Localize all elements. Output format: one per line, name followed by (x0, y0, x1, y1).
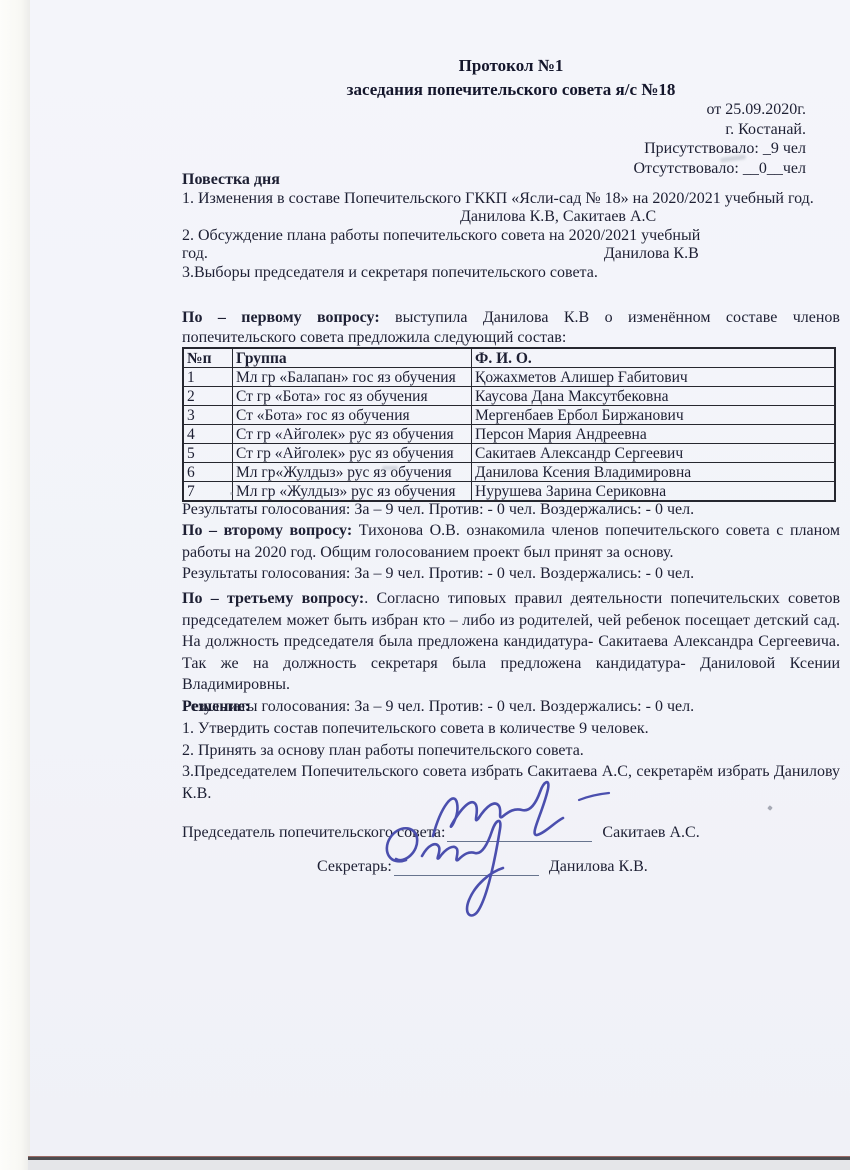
cell-num: 4 (183, 425, 233, 444)
cell-fio: Сакитаев Александр Сергеевич (472, 444, 836, 463)
agenda-heading: Повестка дня (182, 171, 840, 190)
scanner-background-bottom (28, 1160, 850, 1170)
table-header-row: №п Группа Ф. И. О. (183, 348, 835, 368)
decision-item-1: 1. Утвердить состав попечительского сове… (182, 718, 840, 740)
question-3-paragraph: По – третьему вопросу:. Согласно типовых… (182, 588, 840, 696)
cell-fio: Мергенбаев Ербол Биржанович (472, 406, 836, 425)
scan-speck (767, 805, 773, 811)
table-row: 2 Ст гр «Бота» гос яз обучения Каусова Д… (183, 387, 835, 406)
cell-num: 5 (183, 444, 233, 463)
agenda-item-1: 1. Изменения в составе Попечительского Г… (182, 190, 840, 209)
secretary-signature-row: Секретарь: Данилова К.В. (182, 854, 840, 876)
scanned-page: Протокол №1 заседания попечительского со… (30, 0, 850, 1158)
cell-group: Ст гр «Айголек» рус яз обучения (233, 444, 472, 463)
table-row: 6 Мл гр«Жулдыз» рус яз обучения Данилова… (183, 463, 835, 482)
cell-fio: Персон Мария Андреевна (472, 425, 836, 444)
decision-item-2: 2. Принять за основу план работы попечит… (182, 740, 840, 762)
cell-num: 2 (183, 387, 233, 406)
question-2-section: Результаты голосования: За – 9 чел. Прот… (182, 499, 840, 585)
cell-fio: Каусова Дана Максутбековна (472, 387, 836, 406)
meta-date: от 25.09.2020г. (633, 100, 806, 120)
meta-city: г. Костанай. (633, 120, 806, 140)
table-row: 5 Ст гр «Айголек» рус яз обучения Сакита… (183, 444, 835, 463)
vote-results-2: Результаты голосования: За – 9 чел. Прот… (182, 563, 840, 584)
agenda-section: Повестка дня 1. Изменения в составе Попе… (182, 171, 840, 283)
cell-num: 1 (183, 368, 233, 387)
agenda-item-2-line2: год. Данилова К.В (182, 245, 840, 264)
agenda-item-2-tail: год. (182, 245, 208, 264)
agenda-item-1-speakers: Данилова К.В, Сакитаев А.С (460, 208, 840, 227)
cell-num: 6 (183, 463, 233, 482)
question-2-lead: По – второму вопросу: (182, 522, 352, 539)
question-1-paragraph: По – первому вопросу: выступила Данилова… (182, 308, 840, 348)
cell-num: 3 (183, 406, 233, 425)
agenda-item-2-speaker: Данилова К.В (604, 245, 699, 264)
cell-group: Ст гр «Бота» гос яз обучения (233, 387, 472, 406)
question-1-lead: По – первому вопросу: (182, 309, 380, 326)
cell-group: Мл гр«Жулдыз» рус яз обучения (233, 463, 472, 482)
cell-fio: Қожахметов Алишер Ғабитович (472, 368, 836, 387)
cell-fio: Данилова Ксения Владимировна (472, 463, 836, 482)
secretary-signature-line (394, 860, 539, 876)
document-title: Протокол №1 заседания попечительского со… (182, 54, 840, 101)
agenda-item-3: 3.Выборы председателя и секретаря попечи… (182, 264, 840, 283)
meta-present-count: Присутствовало: _9 чел (633, 139, 806, 159)
vote-results-1: Результаты голосования: За – 9 чел. Прот… (182, 499, 840, 520)
question-2-paragraph: По – второму вопросу: Тихонова О.В. озна… (182, 520, 840, 563)
table-header-num: №п (183, 348, 233, 368)
members-table: №п Группа Ф. И. О. 1 Мл гр «Балапан» гос… (182, 347, 836, 502)
table-header-group: Группа (233, 348, 472, 368)
table-row: 3 Ст «Бота» гос яз обучения Мергенбаев Е… (183, 406, 835, 425)
cell-group: Ст «Бота» гос яз обучения (233, 406, 472, 425)
page-title-line1: Протокол №1 (182, 54, 840, 78)
cell-group: Мл гр «Балапан» гос яз обучения (233, 368, 472, 387)
secretary-name: Данилова К.В. (549, 858, 648, 876)
table-row: 4 Ст гр «Айголек» рус яз обучения Персон… (183, 425, 835, 444)
page-title-line2: заседания попечительского совета я/с №18 (182, 78, 840, 102)
table-row: 1 Мл гр «Балапан» гос яз обучения Қожахм… (183, 368, 835, 387)
table-header-fio: Ф. И. О. (472, 348, 836, 368)
meta-block: от 25.09.2020г. г. Костанай. Присутствов… (633, 100, 806, 178)
decision-heading: Решение: (182, 696, 840, 718)
agenda-item-2-line1: 2. Обсуждение плана работы попечительско… (182, 227, 840, 246)
cell-group: Ст гр «Айголек» рус яз обучения (233, 425, 472, 444)
question-3-lead: По – третьему вопросу: (182, 590, 364, 607)
secretary-signature-ink-icon (372, 816, 552, 936)
scanner-background-strip (0, 0, 30, 1170)
